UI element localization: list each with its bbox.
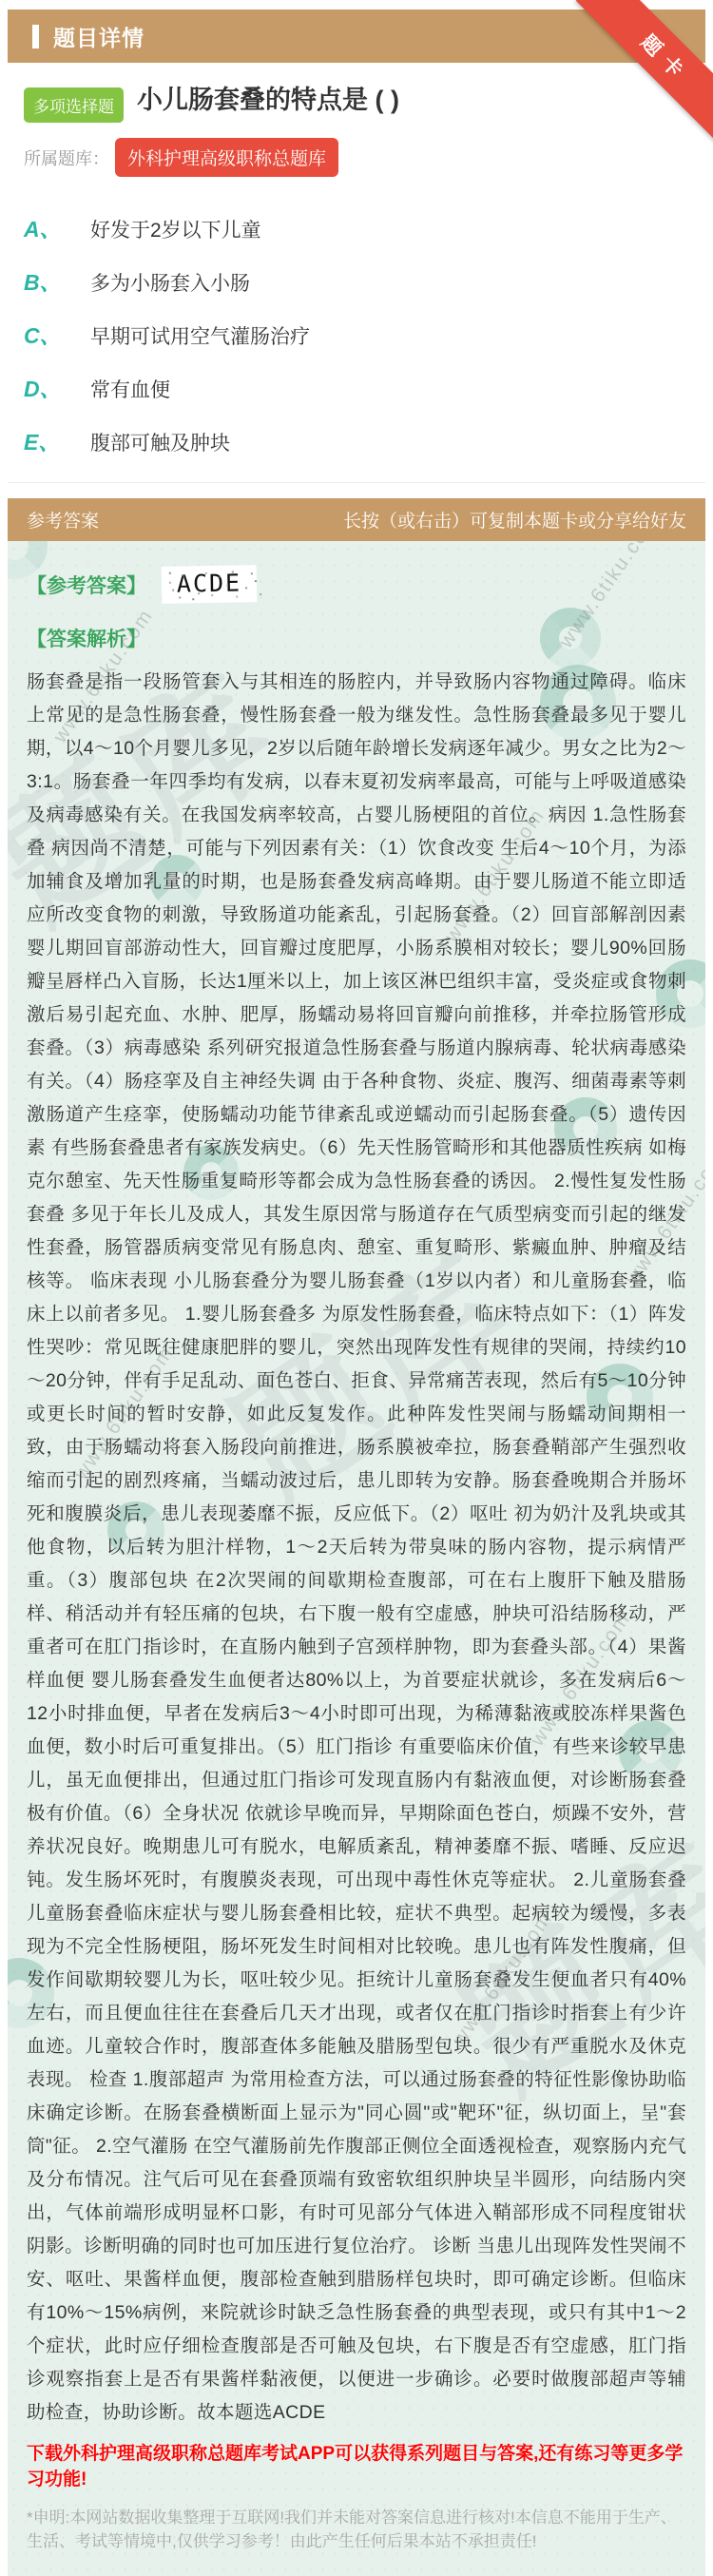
option-text: 好发于2岁以下儿童 [90, 215, 261, 243]
option-row: D、 常有血便 [24, 361, 689, 414]
analysis-label: 【答案解析】 [27, 624, 686, 652]
option-text: 常有血便 [90, 375, 170, 403]
option-text: 腹部可触及肿块 [90, 428, 230, 456]
option-letter: B、 [24, 265, 90, 297]
page-title: 题目详情 [53, 21, 145, 52]
option-letter: D、 [24, 372, 90, 403]
section-divider [8, 482, 705, 483]
reference-answer-value-image: ACDE [162, 565, 258, 604]
option-row: E、 腹部可触及肿块 [24, 415, 689, 467]
option-text: 早期可试用空气灌肠治疗 [90, 321, 310, 350]
app-download-promo-link[interactable]: 下载外科护理高级职称总题库考试APP可以获得系列题目与答案,还有练习等更多学习功… [27, 2439, 686, 2490]
bank-badge-link[interactable]: 外科护理高级职称总题库 [115, 138, 338, 177]
options-list: A、 好发于2岁以下儿童 B、 多为小肠套入小肠 C、 早期可试用空气灌肠治疗 … [24, 202, 689, 467]
option-row: C、 早期可试用空气灌肠治疗 [24, 308, 689, 360]
header-accent-bar [32, 25, 39, 48]
disclaimer-text: *申明:本网站数据收集整理于互联网!我们并未能对答案信息进行核对!本信息不能用于… [27, 2506, 686, 2553]
question-type-badge: 多项选择题 [24, 87, 124, 123]
option-letter: A、 [24, 212, 90, 243]
option-row: A、 好发于2岁以下儿童 [24, 202, 689, 254]
reference-answer-label: 【参考答案】 [27, 571, 146, 599]
bank-label: 所属题库： [24, 145, 109, 170]
option-letter: E、 [24, 425, 90, 456]
answer-panel: www.6tiku.com www.6tiku.com www.6tiku.co… [8, 541, 705, 2576]
option-row: B、 多为小肠套入小肠 [24, 255, 689, 307]
analysis-text: 肠套叠是指一段肠管套入与其相连的肠腔内，并导致肠内容物通过障碍。临床上常见的是急… [27, 666, 686, 2430]
option-letter: C、 [24, 319, 90, 350]
question-title: 小儿肠套叠的特点是 ( ) [137, 84, 399, 117]
ribbon-label: 题卡 [576, 0, 713, 142]
corner-ribbon: 题卡 [566, 0, 713, 147]
copy-share-hint: 长按（或右击）可复制本题卡或分享给好友 [343, 507, 686, 533]
option-text: 多为小肠套入小肠 [90, 268, 250, 297]
answer-bar-title: 参考答案 [27, 507, 99, 533]
answer-header-bar: 参考答案 长按（或右击）可复制本题卡或分享给好友 [8, 498, 705, 541]
